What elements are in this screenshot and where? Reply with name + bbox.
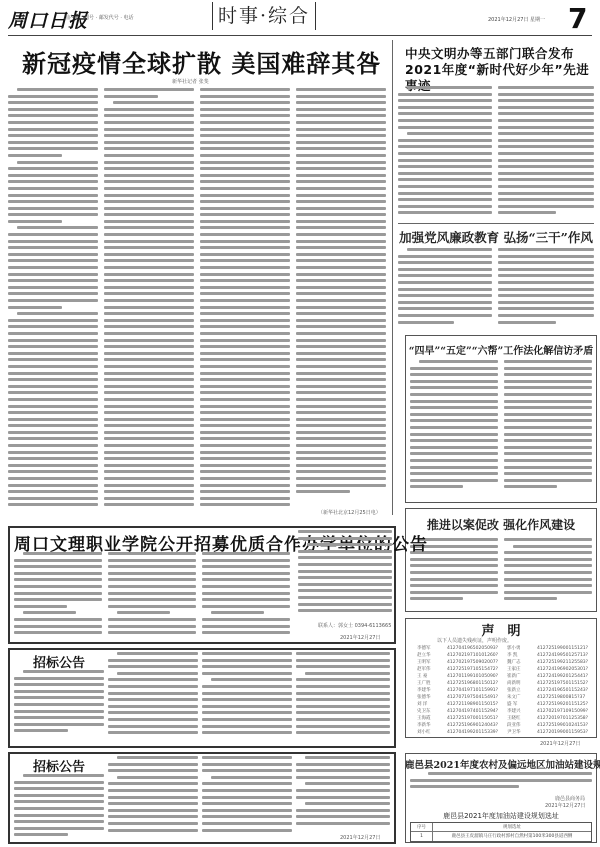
lead-column-1 (8, 88, 98, 510)
page-number: 7 (568, 2, 587, 35)
masthead-info: 国内统一刊号 · 邮发代号 · 电话 (64, 14, 134, 21)
lead-headline: 新冠疫情全球扩散 美国难辞其咎 (22, 44, 381, 79)
college-notice-col-3 (202, 552, 290, 642)
column-divider (392, 40, 393, 515)
local-headline-1: 加强党风廉政教育 弘扬“三干”作风 (398, 228, 594, 246)
college-notice-date: 2021年12月27日 (340, 634, 380, 641)
declaration-entry: 李建兴41270219710915099? (507, 708, 600, 715)
declaration-entry: 尹卫华41272019900115953? (507, 729, 600, 736)
table-row: 1 鹿邑县王皮溜镇马庄行政村郭村自然村第100米300县道西侧 (411, 832, 591, 841)
section-title: 时事·综合 (212, 2, 316, 30)
county-notice-body (410, 772, 592, 794)
local-headline-3: 推进以案促改 强化作风建设 (405, 516, 597, 533)
tender-notice-2-col-1 (14, 774, 104, 842)
tender-notice-1-headline: 招标公告 (14, 652, 104, 671)
local-story-1-col-2 (498, 248, 594, 332)
lead-column-4 (296, 88, 386, 510)
tender-notice-1-col-4 (296, 652, 390, 744)
declaration-entry: 王晓红41272019701125358? (507, 715, 600, 722)
lead-column-2 (104, 88, 194, 510)
county-table-title: 鹿邑县2021年度加油站建设规划选址 (405, 811, 597, 821)
declaration-entry: 魏广志41272519921125583? (507, 659, 600, 666)
right-headline-line1: 中央文明办等五部门联合发布 (405, 46, 595, 62)
table-header-row: 序号 规划选址 (411, 823, 591, 832)
tender-notice-2-date: 2021年12月27日 (340, 834, 380, 841)
issue-date: 2021年12月27日 星期一 (488, 16, 545, 23)
tender-notice-1-col-1 (14, 670, 104, 744)
declaration-entry: 崔新广41272419920125441? (507, 673, 600, 680)
declaration-entry: 郭小勇41272519900115121? (507, 645, 600, 652)
declaration-entry: 段亚伟41272519901024153? (507, 722, 600, 729)
local-story-2-col-1 (410, 360, 498, 500)
declaration-entry: 王家庄41272419690205301? (507, 666, 600, 673)
declaration-entry: 朱文广41272519800815?37 (507, 694, 600, 701)
county-notice-issuer: 鹿邑县商务局 (555, 795, 585, 802)
declaration-list-right: 郭小勇41272519900115121? 李 凯412724199501257… (507, 645, 600, 736)
tender-notice-1-col-3 (202, 652, 292, 744)
lead-column-3 (200, 88, 290, 510)
masthead: 周口日报 国内统一刊号 · 邮发代号 · 电话 时事·综合 2021年12月27… (0, 0, 600, 36)
college-notice-col-2 (108, 552, 196, 642)
college-notice-col-4 (298, 530, 392, 618)
tender-notice-2-col-4 (296, 756, 390, 834)
county-notice-headline: 鹿邑县2021年度农村及偏远地区加油站建设规划的公示 (405, 757, 597, 771)
declaration-date: 2021年12月27日 (540, 740, 580, 747)
right-column-2 (498, 86, 594, 220)
declaration-intro: 以下人员遗失残疾证，声明作废。 (437, 637, 512, 644)
masthead-rule (8, 35, 592, 36)
lead-source: （新华社北京12月25日电） (318, 509, 381, 516)
declaration-entry: 盛 军41272519920115125? (507, 701, 600, 708)
local-story-2-col-2 (504, 360, 592, 500)
local-headline-2: “四早”“五定”“六帮”工作法化解信访矛盾 (405, 342, 597, 357)
right-column-1 (398, 86, 492, 220)
tender-notice-2-col-2 (108, 756, 198, 842)
declaration-entry: 张新立41272419650115243? (507, 687, 600, 694)
local-story-3-col-2 (504, 538, 592, 608)
county-notice-date: 2021年12月27日 (545, 802, 585, 809)
tender-notice-2-headline: 招标公告 (14, 756, 104, 775)
tender-notice-2-col-3 (202, 756, 292, 842)
lead-byline: 新华社记者 张斐 (172, 78, 209, 85)
declaration-entry: 尚新明41272519750115152? (507, 680, 600, 687)
college-notice-col-1 (14, 552, 102, 642)
county-plan-table: 序号 规划选址 1 鹿邑县王皮溜镇马庄行政村郭村自然村第100米300县道西侧 (410, 822, 592, 842)
tender-notice-1-col-2 (108, 652, 198, 744)
college-notice-contact: 联系人：郭女士 0394-6113665 (318, 622, 391, 629)
declaration-entry: 李 凯41272419950125713? (507, 652, 600, 659)
section-divider (398, 223, 594, 224)
local-story-1-col-1 (398, 248, 492, 332)
